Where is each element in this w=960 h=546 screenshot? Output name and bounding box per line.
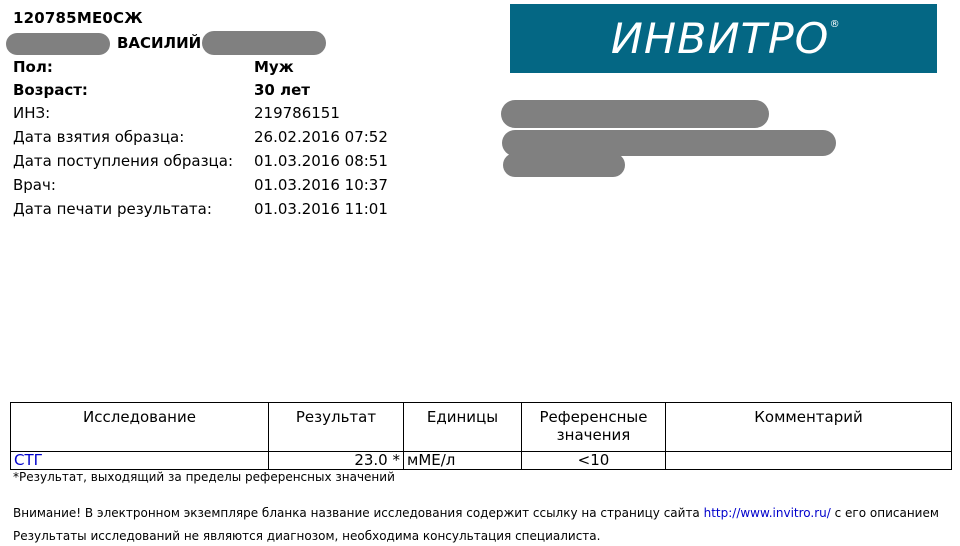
cell-study: СТГ <box>11 452 269 470</box>
table-header-row: Исследование Результат Единицы Референсн… <box>11 403 952 452</box>
cell-units: мМЕ/л <box>404 452 522 470</box>
cell-reference: <10 <box>522 452 666 470</box>
redacted-surname <box>6 33 110 55</box>
field-label: ИНЗ: <box>13 104 50 122</box>
field-label: Возраст: <box>13 81 88 99</box>
redaction-stroke <box>501 100 769 128</box>
patient-code: 120785МЕ0СЖ <box>13 9 143 27</box>
table-row: СТГ 23.0 * мМЕ/л <10 <box>11 452 952 470</box>
out-of-range-footnote: *Результат, выходящий за пределы референ… <box>13 470 395 484</box>
notice-after-link: с его описанием <box>831 506 939 520</box>
invitro-logo: ИНВИТРО® <box>510 4 937 73</box>
header-result: Результат <box>269 403 404 452</box>
header-comment: Комментарий <box>666 403 952 452</box>
results-table: Исследование Результат Единицы Референсн… <box>10 402 952 470</box>
patient-first-name: ВАСИЛИЙ <box>117 34 201 52</box>
field-label: Дата взятия образца: <box>13 128 184 146</box>
invitro-site-link[interactable]: http://www.invitro.ru/ <box>704 506 831 520</box>
redacted-patronymic <box>202 31 326 55</box>
registered-mark: ® <box>830 19 840 30</box>
field-value: 01.03.2016 10:37 <box>254 176 388 194</box>
field-label: Врач: <box>13 176 56 194</box>
field-value: 01.03.2016 11:01 <box>254 200 388 218</box>
field-value: 01.03.2016 08:51 <box>254 152 388 170</box>
field-value: 30 лет <box>254 81 310 99</box>
field-value: 219786151 <box>254 104 340 122</box>
notice-text: Внимание! В электронном экземпляре бланк… <box>13 506 939 520</box>
field-label: Пол: <box>13 58 53 76</box>
cell-result: 23.0 * <box>269 452 404 470</box>
logo-text: ИНВИТРО <box>611 14 830 63</box>
header-reference: Референсныезначения <box>522 403 666 452</box>
disclaimer-text: Результаты исследований не являются диаг… <box>13 529 600 543</box>
notice-before-link: Внимание! В электронном экземпляре бланк… <box>13 506 704 520</box>
cell-comment <box>666 452 952 470</box>
header-units: Единицы <box>404 403 522 452</box>
field-value: Муж <box>254 58 294 76</box>
field-value: 26.02.2016 07:52 <box>254 128 388 146</box>
study-link[interactable]: СТГ <box>14 451 43 469</box>
redaction-stroke <box>503 153 625 177</box>
header-study: Исследование <box>11 403 269 452</box>
field-label: Дата поступления образца: <box>13 152 233 170</box>
field-label: Дата печати результата: <box>13 200 212 218</box>
